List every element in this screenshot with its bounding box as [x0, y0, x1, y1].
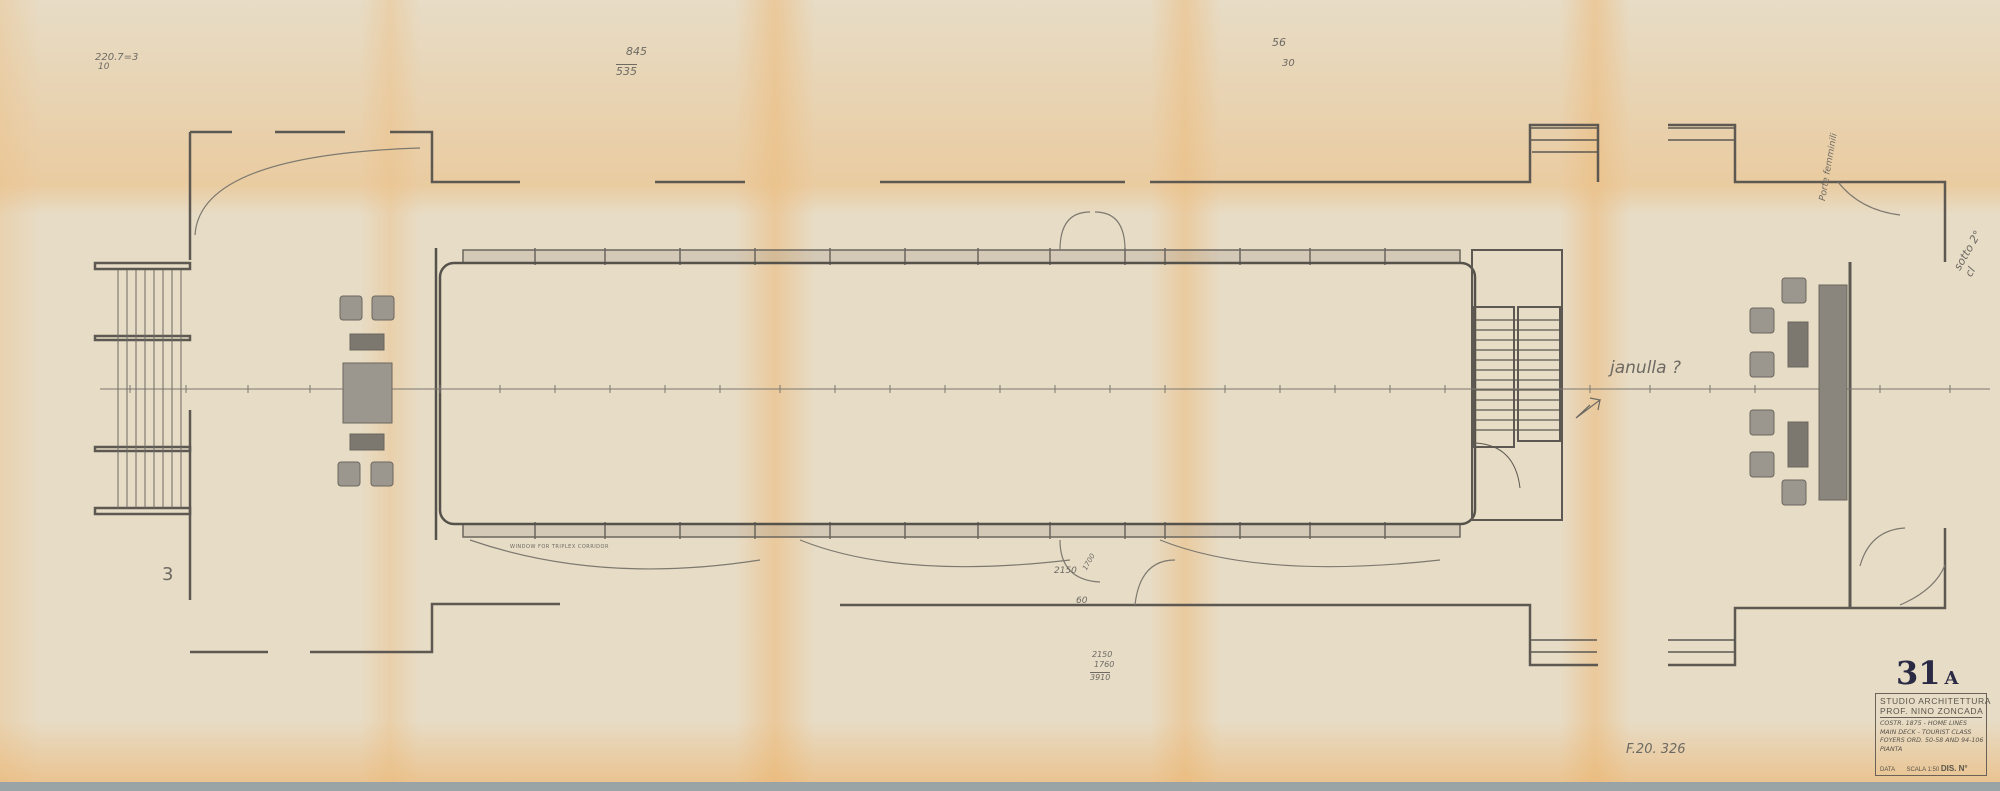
- note-janulla: janulla ?: [1610, 358, 1681, 378]
- floor-plan-drawing: [0, 0, 2000, 791]
- left-foyer-furniture: [338, 296, 394, 486]
- main-hall-outline: [440, 263, 1475, 524]
- note-top-right-b: 30: [1282, 58, 1295, 69]
- title-block: STUDIO ARCHITETTURA PROF. NINO ZONCADA C…: [1875, 693, 1987, 776]
- note-top-center-a: 845: [626, 45, 647, 58]
- left-foyer-top-wall: [190, 132, 520, 182]
- right-foyer-furniture: [1750, 278, 1847, 505]
- blueprint-sheet: 220.7=3 10 845 535 56 30 janulla ? F.20.…: [0, 0, 2000, 782]
- note-top-left-sub: 10: [98, 62, 109, 72]
- title-professor: PROF. NINO ZONCADA: [1880, 706, 1982, 716]
- title-line-3: FOYERS ORD. 50-58 AND 94-106: [1880, 737, 1982, 746]
- title-line-1: COSTR. 1875 - HOME LINES: [1880, 720, 1982, 729]
- main-top-wall: [655, 125, 1598, 182]
- note-door-dim-a: 2150: [1054, 566, 1077, 576]
- sheet-number: 31A: [1896, 654, 1959, 692]
- note-dim-c: 3910: [1090, 672, 1110, 682]
- note-dim-b: 1760: [1094, 660, 1114, 669]
- window-rows: [463, 250, 1460, 537]
- note-top-right-a: 56: [1272, 36, 1286, 49]
- note-archive-code: F.20. 326: [1626, 742, 1686, 757]
- title-line-2: MAIN DECK - TOURIST CLASS: [1880, 729, 1982, 738]
- sheet-number-value: 31: [1896, 654, 1941, 692]
- sheet-number-suffix: A: [1945, 668, 1959, 689]
- main-bottom-wall: [840, 605, 1598, 665]
- title-footer: DATA SCALA 1:50 DIS. N°: [1880, 764, 1968, 773]
- right-bottom-wall: [1668, 528, 1945, 665]
- note-top-center-b: 535: [616, 64, 637, 78]
- scale-value: 1:50: [1927, 767, 1939, 773]
- title-studio: STUDIO ARCHITETTURA: [1880, 696, 1982, 706]
- scale-label: SCALA: [1906, 767, 1925, 773]
- title-divider: [1880, 717, 1982, 718]
- right-top-wall: [1668, 125, 1945, 262]
- date-label: DATA: [1880, 767, 1895, 773]
- stair-landing-bottom: [95, 508, 190, 514]
- note-dim-a: 2150: [1092, 650, 1112, 659]
- left-foyer-bottom-wall: [190, 604, 560, 652]
- central-stair: [1472, 250, 1562, 520]
- drawing-no-label: DIS. N°: [1941, 764, 1968, 773]
- title-line-4: PIANTA: [1880, 746, 1982, 755]
- stair-landing-top: [95, 263, 190, 269]
- note-window: WINDOW FOR TRIPLEX CORRIDOR: [510, 544, 609, 550]
- note-stair-label: 3: [162, 564, 173, 585]
- note-door-dim-b: 60: [1076, 596, 1087, 606]
